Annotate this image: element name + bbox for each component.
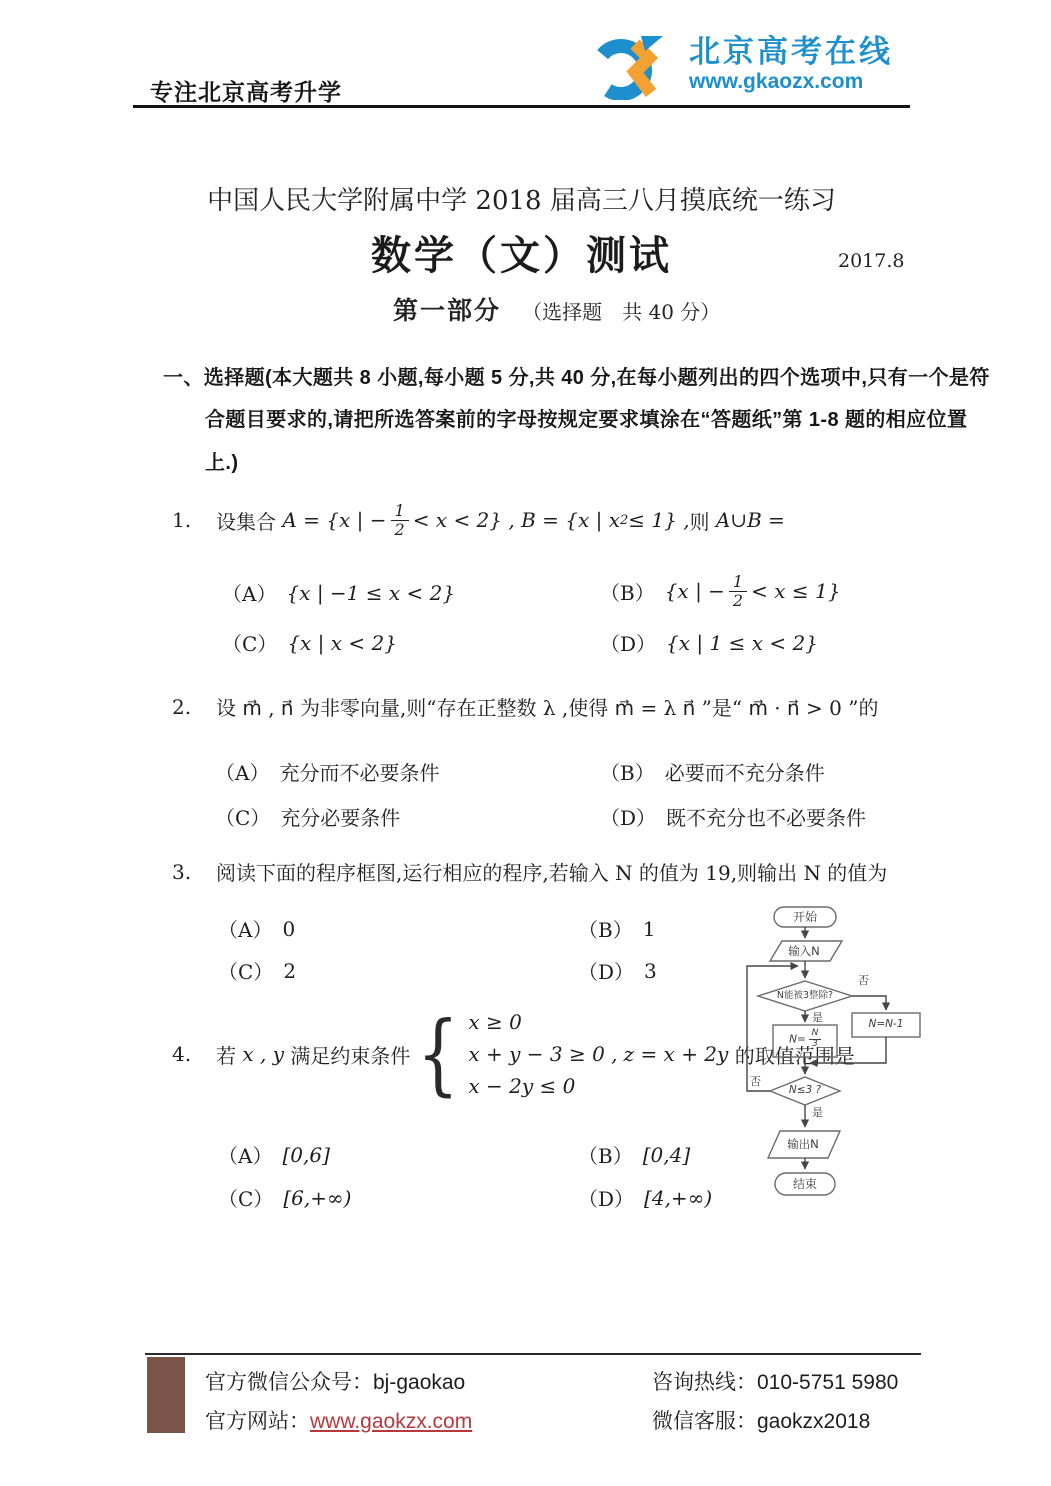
footer-wechat-label: 官方微信公众号：: [205, 1371, 373, 1394]
q2-stem-text: 设 m⃗ , n⃗ 为非零向量,则“存在正整数 λ ,使得 m⃗ = λ n⃗ …: [216, 692, 878, 721]
footer-service-label: 微信客服：: [652, 1410, 757, 1433]
question-3-number: 3.: [172, 860, 216, 884]
q1-math-3: ≤ 1} ,: [628, 508, 689, 532]
q2-option-a: （A） 充分而不必要条件: [215, 757, 439, 786]
brand-logo: 北京高考在线 www.gkaozx.com: [585, 36, 893, 104]
footer-site-line: 官方网站：www.gaokzx.com: [205, 1405, 472, 1435]
brand-url: www.gkaozx.com: [689, 71, 893, 92]
flowchart-input-label: 输入N: [770, 945, 838, 958]
q4-constraint-3: x − 2y ≤ 0: [468, 1073, 617, 1099]
q4-stem-pre-2: 满足约束条件: [290, 1040, 410, 1069]
section-heading: 第一部分 （选择题 共 40 分）: [393, 291, 720, 327]
flowchart-decrement-label: N=N-1: [852, 1019, 920, 1031]
q1-option-b: （B） {x | − 1 2 < x ≤ 1}: [600, 562, 840, 620]
q3-option-d: （D） 3: [578, 956, 657, 985]
q4-constraint-2: x + y − 3 ≥ 0 ,: [468, 1041, 617, 1067]
q4-option-a: （A） [0,6]: [218, 1140, 330, 1169]
flowchart-divide-label: N= N 3: [773, 1029, 837, 1050]
q1-fraction: 1 2: [391, 502, 409, 538]
footer-service-value: gaokzx2018: [757, 1410, 870, 1433]
exam-title: 数学（文）测试: [133, 224, 910, 281]
q1-option-d: （D） {x | 1 ≤ x < 2}: [600, 628, 818, 657]
instruction-line-3: 上.): [205, 446, 238, 475]
q1-option-a: （A） {x | −1 ≤ x < 2}: [222, 578, 455, 607]
brand-name: 北京高考在线: [689, 36, 893, 67]
footer-hotline-value: 010-5751 5980: [757, 1371, 898, 1394]
question-3-stem: 3. 阅读下面的程序框图,运行相应的程序,若输入 N 的值为 19,则输出 N …: [172, 857, 887, 886]
footer-service-line: 微信客服：gaokzx2018: [652, 1405, 870, 1435]
q4-constraint-system: { x ≥ 0 x + y − 3 ≥ 0 , x − 2y ≤ 0: [410, 1009, 617, 1099]
footer-wechat-value: bj-gaokao: [373, 1371, 465, 1394]
question-2-stem: 2. 设 m⃗ , n⃗ 为非零向量,则“存在正整数 λ ,使得 m⃗ = λ …: [172, 692, 878, 721]
q1-exponent: 2: [620, 513, 628, 528]
q4-constraints: x ≥ 0 x + y − 3 ≥ 0 , x − 2y ≤ 0: [468, 1009, 617, 1099]
q4-option-c: （C） [6,+∞): [218, 1183, 351, 1212]
header-slogan: 专注北京高考升学: [150, 74, 342, 107]
footer-hotline-label: 咨询热线：: [652, 1371, 757, 1394]
q4-option-d: （D） [4,+∞): [578, 1183, 712, 1212]
q3-stem-text: 阅读下面的程序框图,运行相应的程序,若输入 N 的值为 19,则输出 N 的值为: [216, 857, 887, 886]
section-sub-label: （选择题 共 40 分）: [522, 300, 720, 324]
school-title: 中国人民大学附属中学 2018 届高三八月摸底统一练习: [133, 180, 910, 217]
q1-math-4: A∪B =: [716, 508, 785, 532]
flowchart-cond2-label: N≤3 ?: [770, 1085, 840, 1097]
footer-brown-square: [147, 1357, 185, 1433]
flowchart-output-label: 输出N: [768, 1138, 838, 1151]
q1-math-2: < x < 2} , B = {x | x: [413, 508, 620, 532]
q3-option-b: （B） 1: [578, 914, 655, 943]
q1-math-1: A = {x | −: [282, 508, 386, 532]
q1-stem-pre: 设集合: [216, 506, 276, 535]
flowchart-no1-label: 否: [858, 975, 869, 987]
question-1-number: 1.: [172, 508, 216, 532]
section-part-label: 第一部分: [393, 296, 501, 325]
brand-text: 北京高考在线 www.gkaozx.com: [689, 36, 893, 92]
q3-option-c: （C） 2: [218, 956, 296, 985]
flowchart-start-label: 开始: [774, 911, 836, 924]
footer-divider: [145, 1353, 921, 1355]
flowchart-cond1-label: N能被3整除?: [756, 991, 854, 1001]
exam-date: 2017.8: [838, 250, 904, 272]
q4-brace: {: [417, 1014, 459, 1093]
question-4-number: 4.: [172, 1042, 216, 1066]
instruction-line-1: 一、选择题(本大题共 8 小题,每小题 5 分,共 40 分,在每小题列出的四个…: [163, 361, 990, 390]
exam-paper-page: 专注北京高考升学 北京高考在线 www.gkaozx.com 中国人民大学附属中…: [0, 0, 1051, 1486]
q1-option-b-fraction: 1 2: [729, 573, 747, 609]
q4-option-b: （B） [0,4]: [578, 1140, 690, 1169]
flow-arrow-cond1-no: [852, 996, 886, 1010]
q2-option-d: （D） 既不充分也不必要条件: [600, 802, 866, 831]
question-2-number: 2.: [172, 695, 216, 719]
header-divider: [133, 105, 910, 108]
instruction-line-2: 合题目要求的,请把所选答案前的字母按规定要求填涂在“答题纸”第 1-8 题的相应…: [205, 403, 967, 432]
flowchart-no2-label: 否: [750, 1076, 761, 1088]
flowchart-yes1-label: 是: [812, 1012, 823, 1024]
q1-mid-cn: 则: [690, 506, 710, 535]
footer-site-link[interactable]: www.gaokzx.com: [310, 1410, 472, 1433]
flowchart-divide-fraction: N 3: [809, 1029, 821, 1050]
flowchart-q3: 开始 输入N N能被3整除? 否 是 N=N-1 N= N 3 否 N≤3 ? …: [712, 903, 962, 1233]
q2-option-c: （C） 充分必要条件: [215, 802, 400, 831]
gk-logo-icon: [585, 36, 677, 104]
footer-site-label: 官方网站：: [205, 1410, 310, 1433]
q1-option-c: （C） {x | x < 2}: [222, 628, 397, 657]
q4-constraint-1: x ≥ 0: [468, 1009, 617, 1035]
q3-option-a: （A） 0: [218, 914, 295, 943]
flowchart-end-label: 结束: [775, 1178, 835, 1191]
footer-hotline-line: 咨询热线：010-5751 5980: [652, 1366, 898, 1396]
flowchart-yes2-label: 是: [812, 1107, 823, 1119]
question-1-stem: 1. 设集合 A = {x | − 1 2 < x < 2} , B = {x …: [172, 494, 785, 546]
q2-option-b: （B） 必要而不充分条件: [600, 757, 825, 786]
q4-stem-pre-1: 若: [216, 1040, 236, 1069]
footer-wechat-line: 官方微信公众号：bj-gaokao: [205, 1366, 465, 1396]
q4-stem-vars: x , y: [242, 1042, 284, 1066]
